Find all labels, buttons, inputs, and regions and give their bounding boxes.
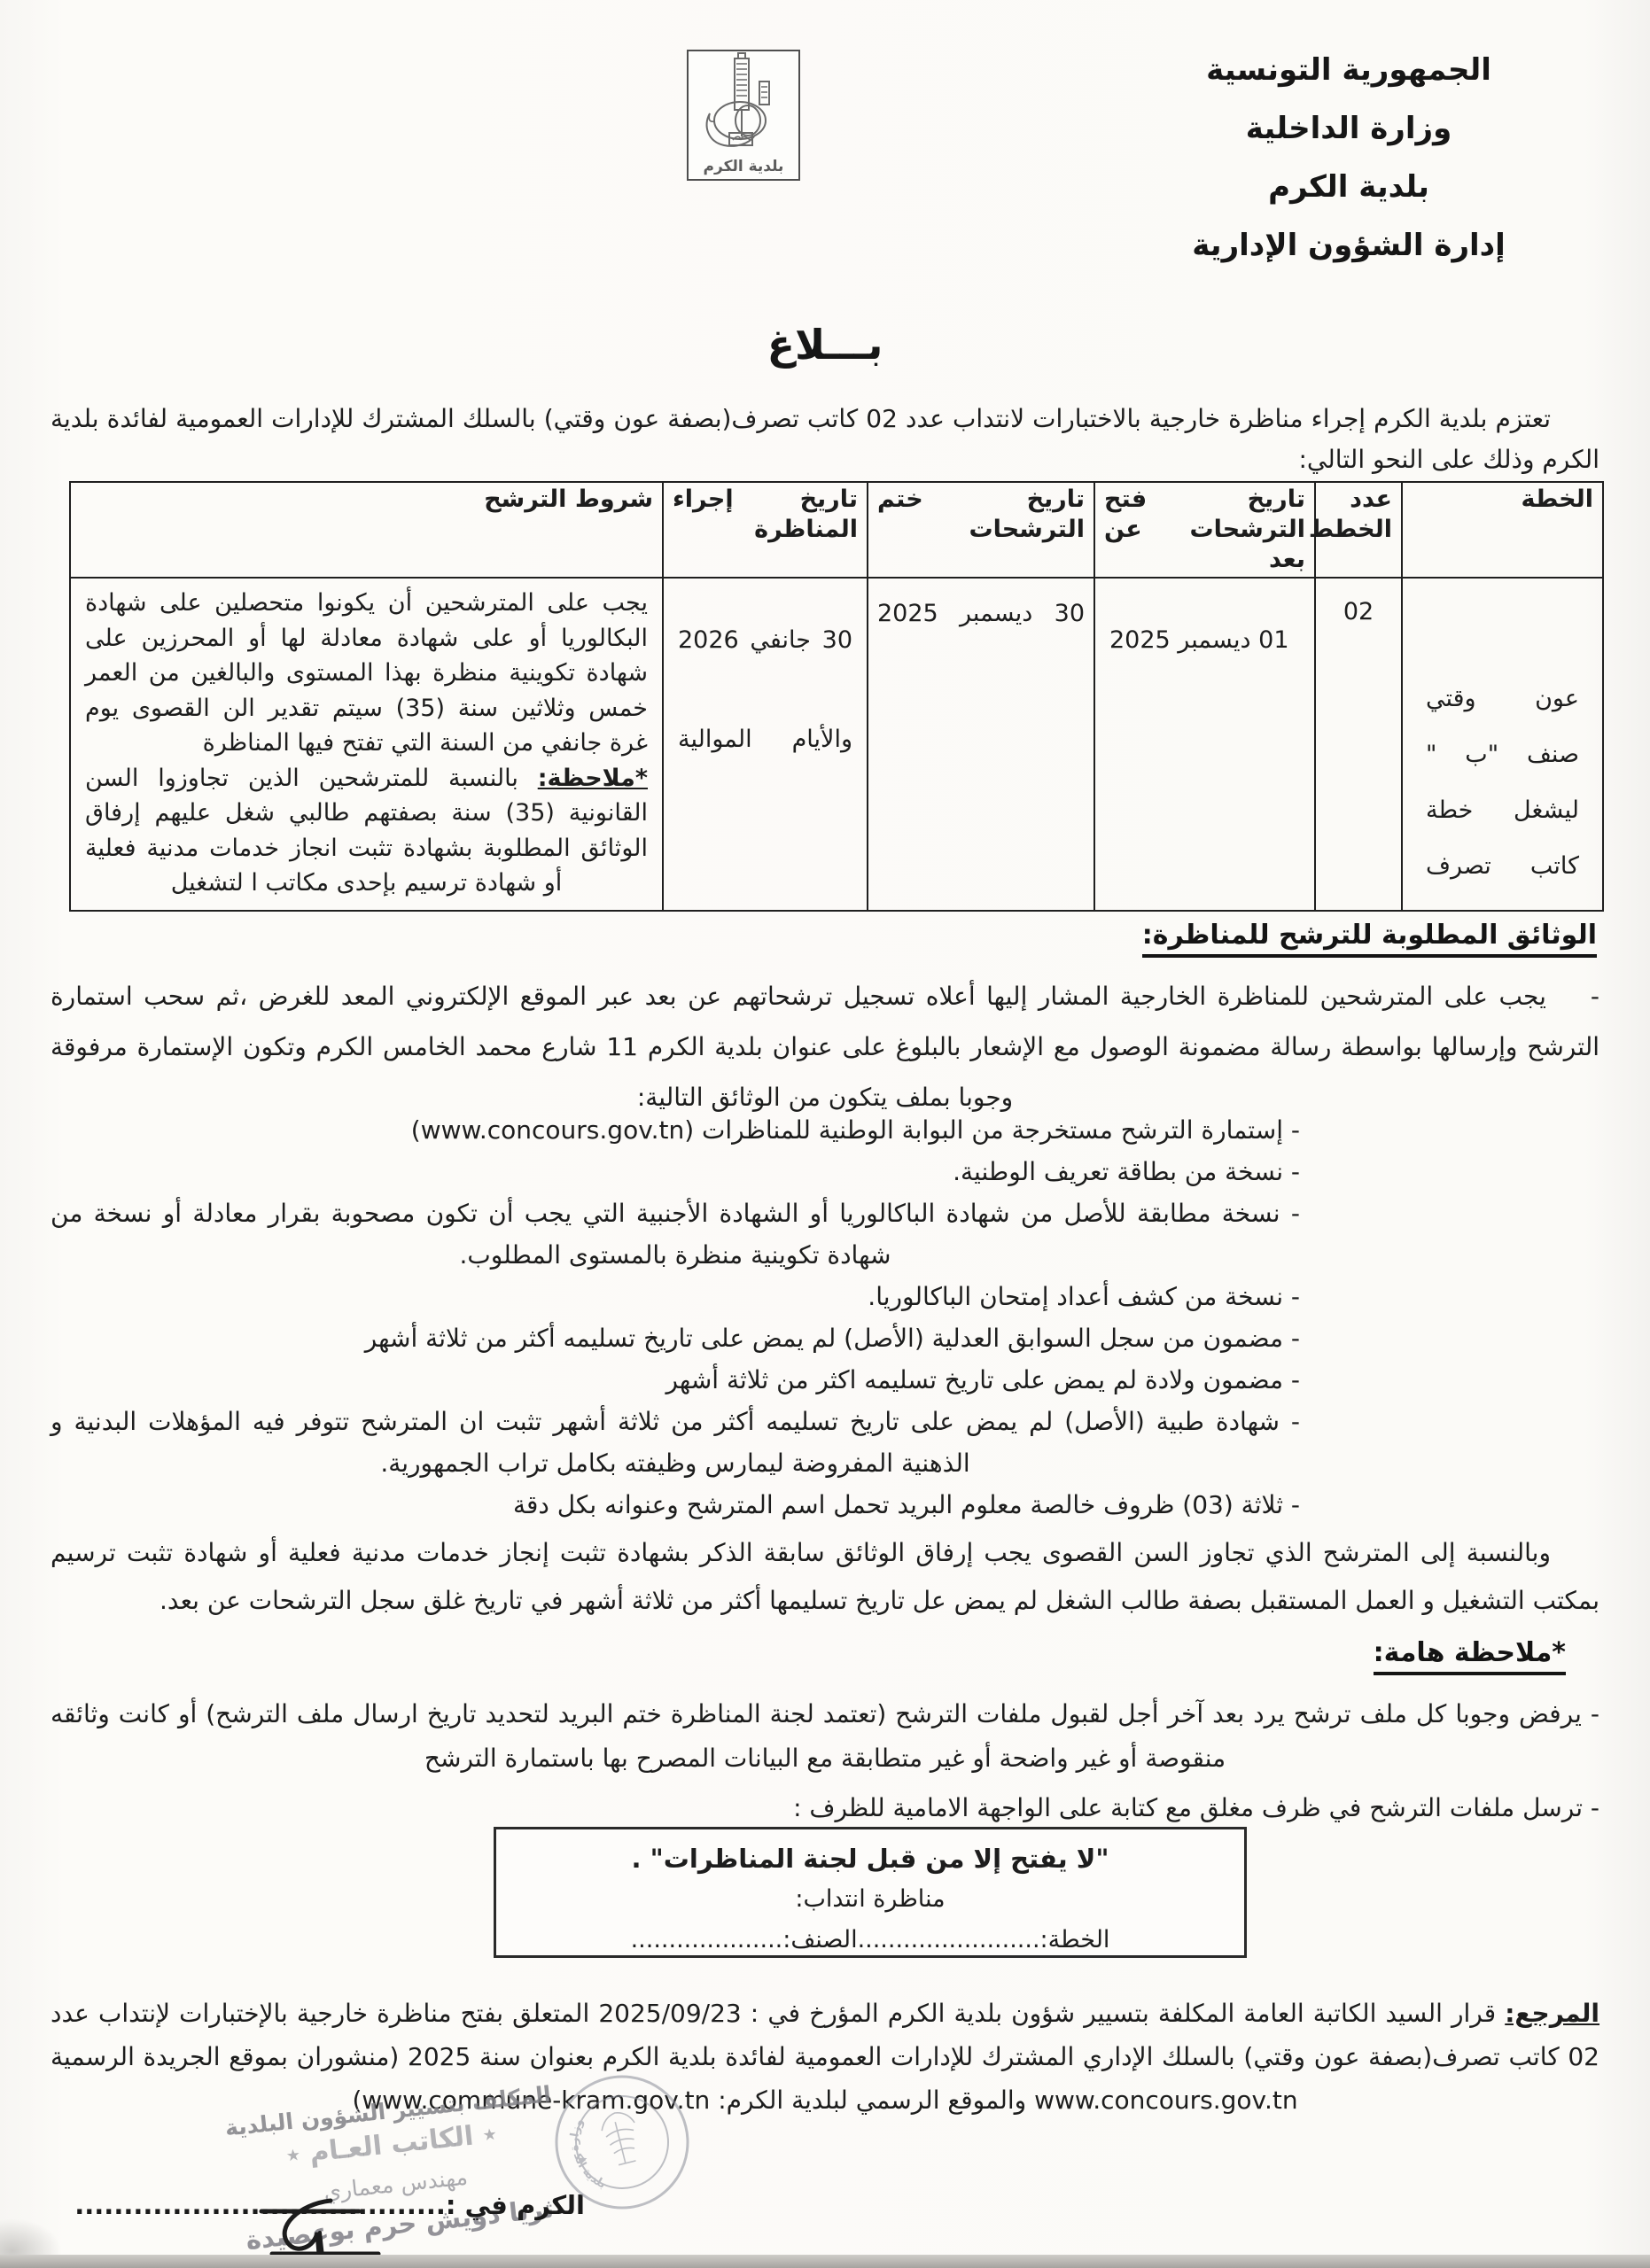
conditions-note-label: *ملاحظة: bbox=[538, 765, 648, 792]
important-note-heading: *ملاحظة هامة: bbox=[1374, 1637, 1566, 1675]
list-item: - نسخة من بطاقة تعريف الوطنية. bbox=[51, 1151, 1300, 1192]
reference-paragraph: المرجع: قرار السيد الكاتبة العامة المكلف… bbox=[51, 1992, 1599, 2122]
reference-text: قرار السيد الكاتبة العامة المكلفة بتسيير… bbox=[51, 1999, 1599, 2115]
col-header-plan: الخطة bbox=[1402, 482, 1603, 578]
conditions-note: *ملاحظة: بالنسبة للمترشحين الذين تجاوزوا… bbox=[85, 761, 648, 901]
envelope-plan-grade-text: الخطة:........................الصنف:....… bbox=[631, 1920, 1110, 1961]
logo-label: بلدية الكرم bbox=[689, 158, 798, 175]
cell-exam-date: 30 جانفي 2026 والأيام الموالية bbox=[663, 578, 868, 911]
col-header-open-date: تاريخ فتح الترشحات عن بعد bbox=[1094, 482, 1315, 578]
cell-plan: عون وقتي صنف "ب " ليشغل خطة كاتب تصرف bbox=[1402, 578, 1603, 911]
list-item: - ثلاثة (03) ظروف خالصة معلوم البريد تحم… bbox=[51, 1484, 1300, 1526]
envelope-competition-text: مناظرة انتداب: bbox=[795, 1879, 945, 1920]
scan-smudge bbox=[0, 2218, 62, 2259]
municipality-logo-icon bbox=[689, 51, 798, 156]
scanned-announcement-page: الجمهورية التونسية وزارة الداخلية بلدية … bbox=[0, 0, 1650, 2268]
page-title: بـــلاغ bbox=[0, 321, 1650, 369]
conditions-main-text: يجب على المترشحين أن يكونوا متحصلين على … bbox=[85, 586, 648, 761]
documents-section-heading: الوثائق المطلوبة للترشح للمناظرة: bbox=[1142, 920, 1597, 958]
table-header-row: الخطة عدد الخطط تاريخ فتح الترشحات عن بع… bbox=[70, 482, 1603, 578]
col-header-count: عدد الخطط bbox=[1315, 482, 1402, 578]
recruitment-table: الخطة عدد الخطط تاريخ فتح الترشحات عن بع… bbox=[69, 481, 1604, 912]
cell-count: 02 bbox=[1315, 578, 1402, 911]
documents-list: - إستمارة الترشح مستخرجة من البوابة الوط… bbox=[51, 1109, 1300, 1526]
scan-edge-band bbox=[0, 2255, 1650, 2268]
list-item: - مضمون ولادة لم يمض على تاريخ تسليمه اك… bbox=[51, 1359, 1300, 1401]
list-item: - يرفض وجوبا كل ملف ترشح يرد بعد آخر أجل… bbox=[51, 1692, 1599, 1781]
important-note-list: - يرفض وجوبا كل ملف ترشح يرد بعد آخر أجل… bbox=[51, 1692, 1599, 1830]
table-row: عون وقتي صنف "ب " ليشغل خطة كاتب تصرف 02… bbox=[70, 578, 1603, 911]
municipality-logo: بلدية الكرم bbox=[687, 50, 800, 181]
header-line-ministry: وزارة الداخلية bbox=[1171, 99, 1526, 158]
cell-open-date: 01 ديسمبر 2025 bbox=[1094, 578, 1315, 911]
list-item: - ترسل ملفات الترشح في ظرف مغلق مع كتابة… bbox=[51, 1786, 1599, 1830]
cell-close-date: 30 ديسمبر 2025 bbox=[868, 578, 1094, 911]
list-item: - نسخة من كشف أعداد إمتحان الباكالوريا. bbox=[51, 1276, 1300, 1317]
intro-paragraph: تعتزم بلدية الكرم إجراء مناظرة خارجية با… bbox=[51, 399, 1599, 480]
list-item: - مضمون من سجل السوابق العدلية (الأصل) ل… bbox=[51, 1317, 1300, 1359]
col-header-close-date: تاريخ ختم الترشحات bbox=[868, 482, 1094, 578]
header-line-republic: الجمهورية التونسية bbox=[1171, 41, 1526, 99]
government-header: الجمهورية التونسية وزارة الداخلية بلدية … bbox=[1171, 41, 1526, 275]
over-age-note: وبالنسبة إلى المترشح الذي تجاوز السن الق… bbox=[51, 1529, 1599, 1625]
col-header-exam-date: تاريخ إجراء المناظرة bbox=[663, 482, 868, 578]
cell-conditions: يجب على المترشحين أن يكونوا متحصلين على … bbox=[70, 578, 663, 911]
col-header-conditions: شروط الترشح bbox=[70, 482, 663, 578]
header-line-municipality: بلدية الكرم bbox=[1171, 158, 1526, 216]
header-line-department: إدارة الشؤون الإدارية bbox=[1171, 216, 1526, 275]
documents-intro-bullet: - يجب على المترشحين للمناظرة الخارجية ال… bbox=[51, 971, 1599, 1122]
reference-label: المرجع: bbox=[1505, 1999, 1599, 2028]
list-item: - شهادة طبية (الأصل) لم يمض على تاريخ تس… bbox=[51, 1401, 1300, 1484]
envelope-warning-text: "لا يفتح إلا من قبل لجنة المناظرات" . bbox=[632, 1838, 1109, 1879]
envelope-label-box: "لا يفتح إلا من قبل لجنة المناظرات" . من… bbox=[494, 1827, 1247, 1958]
list-item: - نسخة مطابقة للأصل من شهادة الباكالوريا… bbox=[51, 1192, 1300, 1276]
list-item: - إستمارة الترشح مستخرجة من البوابة الوط… bbox=[51, 1109, 1300, 1151]
